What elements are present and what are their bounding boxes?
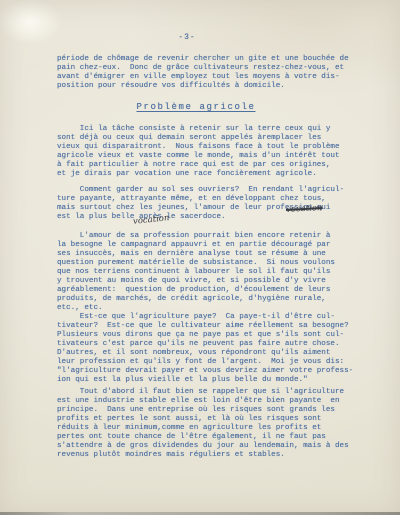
text-line: et je dirais par vocation une race fonci… xyxy=(57,170,359,179)
text-line: L'amour de sa profession pourrait bien e… xyxy=(57,232,359,241)
text-line: est la plus belle après le sacerdoce. xyxy=(57,213,359,222)
text-line: est une industrie stable elle est loin d… xyxy=(57,397,359,406)
text-line: Ici la tâche consiste à retenir sur la t… xyxy=(57,125,359,134)
paragraph: Ici la tâche consiste à retenir sur la t… xyxy=(57,125,359,179)
text-line: produits, de marchés, de crédit agricole… xyxy=(57,295,359,304)
text-line: réduits à leur minimum,comme en agricult… xyxy=(57,424,359,433)
text-line: s'attendre à de gros dividendes du jour … xyxy=(57,442,359,451)
text-line: pertes ont toute chance de l'être égalem… xyxy=(57,433,359,442)
text-line: tivateurs c'est parce qu'ils ne peuvent … xyxy=(57,340,359,349)
paragraph: Tout d'abord il faut bien se rappeler qu… xyxy=(57,388,359,460)
text-line: revenus plutôt moindres mais réguliers e… xyxy=(57,451,359,460)
text-line: Tout d'abord il faut bien se rappeler qu… xyxy=(57,388,359,397)
text-line: Est-ce que l'agriculture paye? Ca paye-t… xyxy=(57,313,359,322)
text-line: leur profession et qu'ils y font de l'ar… xyxy=(57,358,359,367)
text-line: tivateur? Est-ce que le cultivateur aime… xyxy=(57,322,359,331)
text-line: la besogne le campagnard appauvri et en … xyxy=(57,241,359,250)
scanned-page: -3- période de chômage de revenir cherch… xyxy=(0,0,400,515)
paragraph: L'amour de sa profession pourrait bien e… xyxy=(57,232,359,313)
text-line: agricole vieux et vaste comme le monde, … xyxy=(57,152,359,161)
paragraph: Est-ce que l'agriculture paye? Ca paye-t… xyxy=(57,313,359,385)
text-line: profits et pertes le sont aussi, et là o… xyxy=(57,415,359,424)
page-number: -3- xyxy=(0,33,374,42)
text-line: question purement matérielle de subsista… xyxy=(57,259,359,268)
text-line: vieux qui disparaitront. Nous faisons fa… xyxy=(57,143,359,152)
text-line: D'autres, et il sont nombreux, vous répo… xyxy=(57,349,359,358)
text-line: ion qui est la plus vieille et la plus b… xyxy=(57,376,359,385)
text-line: à fait particulier à notre race qui est … xyxy=(57,161,359,170)
text-block: période de chômage de revenir chercher u… xyxy=(57,55,359,460)
text-line: sont déjà ou ceux qui demain seront appe… xyxy=(57,134,359,143)
section-heading: Problème agricole xyxy=(45,101,347,113)
text-line: Comment garder au sol ses ouvriers? En r… xyxy=(57,186,359,195)
text-line: position pour résoudre vos difficultés à… xyxy=(57,82,359,91)
text-line: Plusieurs vous dirons que ça ne paye pas… xyxy=(57,331,359,340)
text-line: principe. Dans une entreprise où les ris… xyxy=(57,406,359,415)
text-line: agréablement: question de production, d'… xyxy=(57,286,359,295)
text-line: y trouvent au moins de quoi vivre, et si… xyxy=(57,277,359,286)
text-line: ses insuccès, mais en dernière analyse t… xyxy=(57,250,359,259)
handwritten-annotation-struck: vocation xyxy=(286,203,323,215)
text-line: avant d'émigrer en ville employez tout l… xyxy=(57,73,359,82)
paragraph: période de chômage de revenir chercher u… xyxy=(57,55,359,91)
text-line: "l'agriculture devrait payer et vous dev… xyxy=(57,367,359,376)
text-line: pain chez-eux. Donc de grâce cultivateur… xyxy=(57,64,359,73)
text-line: période de chômage de revenir chercher u… xyxy=(57,55,359,64)
text-line: que nos terriens continuent à labourer l… xyxy=(57,268,359,277)
text-line: etc., etc. xyxy=(57,304,359,313)
